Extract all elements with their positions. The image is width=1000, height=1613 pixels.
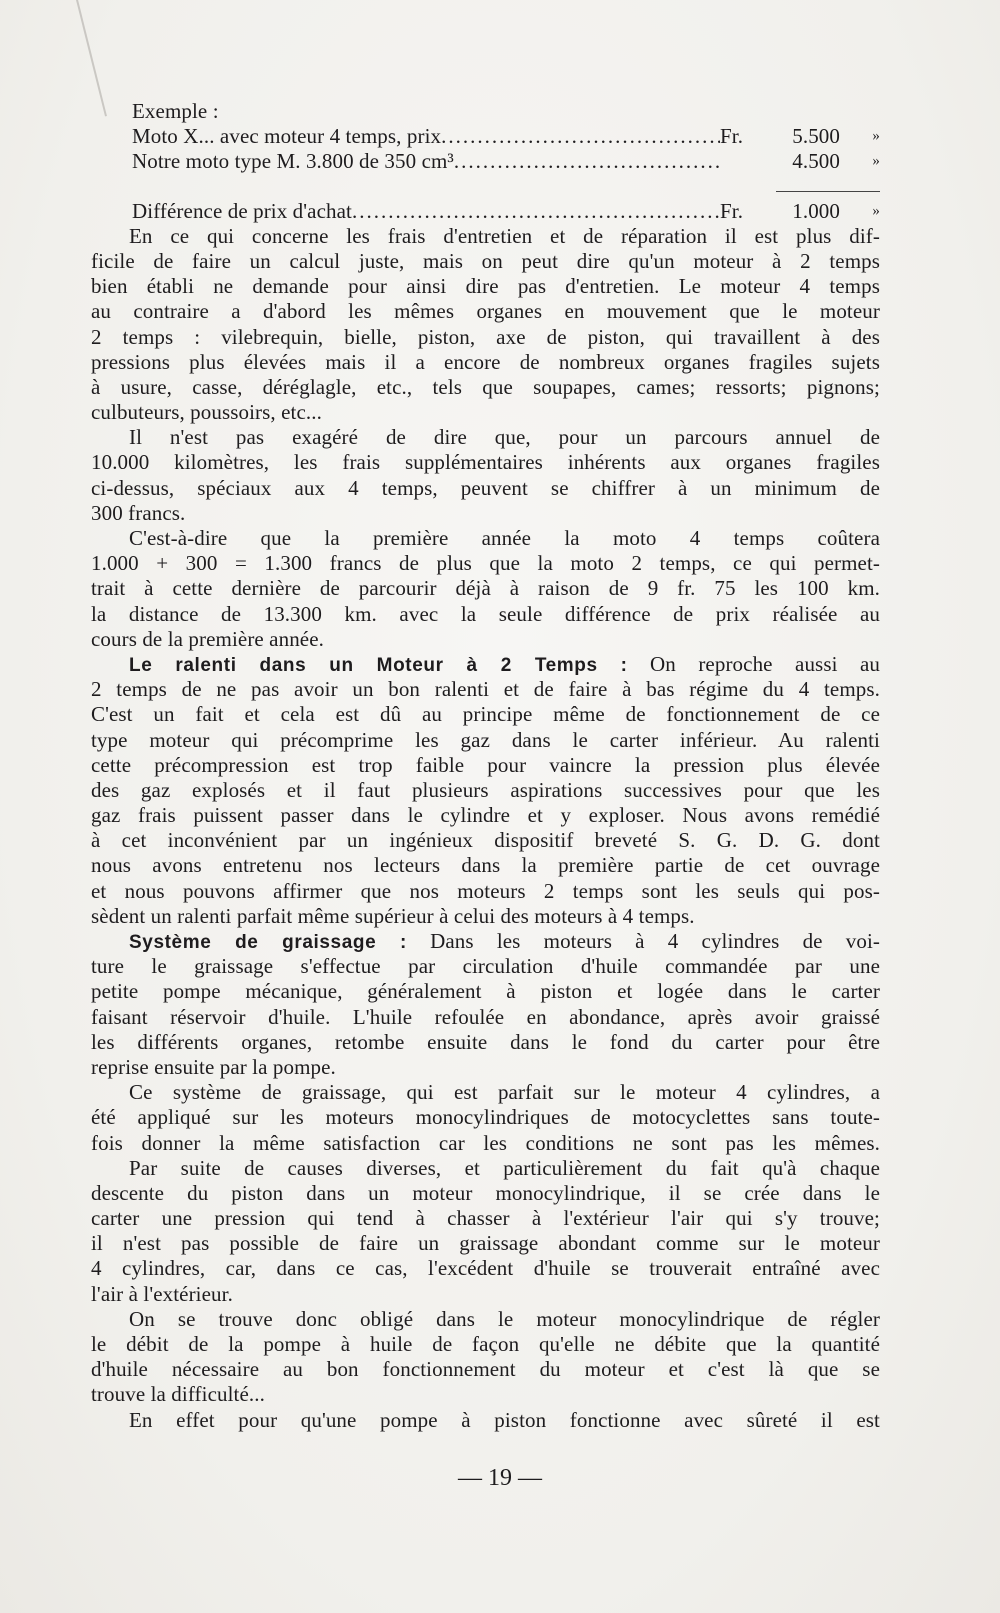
total-currency: Fr.	[720, 199, 770, 224]
text-line: ture le graissage s'effectue par circula…	[91, 954, 880, 979]
text-line: descente du piston dans un moteur monocy…	[91, 1181, 880, 1206]
leader-dots: ........................................…	[454, 149, 720, 174]
example-label: Exemple :	[132, 99, 880, 124]
text-line: Par suite de causes diverses, et particu…	[91, 1156, 880, 1181]
row-currency: Fr.	[720, 124, 770, 149]
row-amount: 4.500	[770, 149, 840, 174]
text-line: les différents organes, retombe ensuite …	[91, 1030, 880, 1055]
text-run: Dans les moteurs à 4 cylindres de voi-	[430, 929, 880, 953]
text-line: C'est-à-dire que la première année la mo…	[91, 526, 880, 551]
text-line: pressions plus élevées mais il a encore …	[91, 350, 880, 375]
text-line: le débit de la pompe à huile de façon qu…	[91, 1332, 880, 1357]
text-run: On reproche aussi au	[650, 652, 880, 676]
text-line: carter une pression qui tend à chasser à…	[91, 1206, 880, 1231]
paragraph-single-cylinder: Ce système de graissage, qui est parfait…	[91, 1080, 880, 1156]
text-line: 2 temps : vilebrequin, bielle, piston, a…	[91, 325, 880, 350]
ditto-mark: »	[840, 124, 880, 149]
text-line: 10.000 kilomètres, les frais supplémenta…	[91, 450, 880, 475]
price-row: Notre moto type M. 3.800 de 350 cm³ ....…	[132, 149, 880, 174]
text-line: C'est un fait et cela est dû au principe…	[91, 702, 880, 727]
text-line: sèdent un ralenti parfait même supérieur…	[91, 904, 880, 929]
total-label: Différence de prix d'achat	[132, 199, 352, 224]
total-amount: 1.000	[770, 199, 840, 224]
text-line: cours de la première année.	[91, 627, 880, 652]
text-line: et nous pouvons affirmer que nos moteurs…	[91, 879, 880, 904]
text-line: Système de graissage : Dans les moteurs …	[91, 929, 880, 954]
paragraph-annual-costs: Il n'est pas exagéré de dire que, pour u…	[91, 425, 880, 526]
text-line: à cet inconvénient par un ingénieux disp…	[91, 828, 880, 853]
text-line: cette précompression est trop faible pou…	[91, 753, 880, 778]
price-row: Moto X... avec moteur 4 temps, prix ....…	[132, 124, 880, 149]
text-line: trouve la difficulté...	[91, 1382, 880, 1407]
row-label: Moto X... avec moteur 4 temps, prix	[132, 124, 441, 149]
text-line: ficile de faire un calcul juste, mais on…	[91, 249, 880, 274]
text-line: bien établi ne demande pour ainsi dire p…	[91, 274, 880, 299]
text-line: Ce système de graissage, qui est parfait…	[91, 1080, 880, 1105]
paragraph-oil-pump: On se trouve donc obligé dans le moteur …	[91, 1307, 880, 1408]
price-total-row: Différence de prix d'achat .............…	[132, 199, 880, 224]
text-line: au contraire a d'abord les mêmes organes…	[91, 299, 880, 324]
ditto-mark: »	[840, 149, 880, 174]
text-line: gaz frais puissent passer dans le cylind…	[91, 803, 880, 828]
row-amount: 5.500	[770, 124, 840, 149]
text-column: Exemple : Moto X... avec moteur 4 temps,…	[91, 99, 880, 1433]
leader-dots: ........................................…	[352, 199, 720, 224]
text-line: fois donner la même satisfaction car les…	[91, 1131, 880, 1156]
section-idle: Le ralenti dans un Moteur à 2 Temps : On…	[91, 652, 880, 929]
row-currency	[720, 149, 770, 174]
page-number: — 19 —	[0, 1465, 1000, 1492]
leader-dots: ........................................…	[441, 124, 720, 149]
text-line: faisant réservoir d'huile. L'huile refou…	[91, 1005, 880, 1030]
text-line: En effet pour qu'une pompe à piston fonc…	[91, 1408, 880, 1433]
text-line: nous avons entretenu nos lecteurs dans l…	[91, 853, 880, 878]
section-lubrication: Système de graissage : Dans les moteurs …	[91, 929, 880, 1080]
text-line: à usure, casse, déréglagle, etc., tels q…	[91, 375, 880, 400]
text-line: ci-dessus, spéciaux aux 4 temps, peuvent…	[91, 476, 880, 501]
text-line: Il n'est pas exagéré de dire que, pour u…	[91, 425, 880, 450]
text-line: des gaz explosés et il faut plusieurs as…	[91, 778, 880, 803]
text-line: On se trouve donc obligé dans le moteur …	[91, 1307, 880, 1332]
text-line: l'air à l'extérieur.	[91, 1282, 880, 1307]
text-line: culbuteurs, poussoirs, etc...	[91, 400, 880, 425]
text-line: été appliqué sur les moteurs monocylindr…	[91, 1105, 880, 1130]
text-line: Le ralenti dans un Moteur à 2 Temps : On…	[91, 652, 880, 677]
text-line: 1.000 + 300 = 1.300 francs de plus que l…	[91, 551, 880, 576]
section-heading-idle: Le ralenti dans un Moteur à 2 Temps :	[129, 655, 628, 676]
text-line: il n'est pas possible de faire un graiss…	[91, 1231, 880, 1256]
text-line: 300 francs.	[91, 501, 880, 526]
text-line: d'huile nécessaire au bon fonctionnement…	[91, 1357, 880, 1382]
text-line: 4 cylindres, car, dans ce cas, l'excéden…	[91, 1256, 880, 1281]
text-line: En ce qui concerne les frais d'entretien…	[91, 224, 880, 249]
text-line: 2 temps de ne pas avoir un bon ralenti e…	[91, 677, 880, 702]
section-heading-lubrication: Système de graissage :	[129, 932, 407, 953]
price-example: Exemple : Moto X... avec moteur 4 temps,…	[132, 99, 880, 224]
row-label: Notre moto type M. 3.800 de 350 cm³	[132, 149, 454, 174]
text-line: reprise ensuite par la pompe.	[91, 1055, 880, 1080]
sum-rule	[132, 175, 880, 199]
paragraph-piston-pump: En effet pour qu'une pompe à piston fonc…	[91, 1408, 880, 1433]
text-line: trait à cette dernière de parcourir déjà…	[91, 576, 880, 601]
paragraph-first-year: C'est-à-dire que la première année la mo…	[91, 526, 880, 652]
text-line: type moteur qui précomprime les gaz dans…	[91, 728, 880, 753]
text-line: petite pompe mécanique, généralement à p…	[91, 979, 880, 1004]
text-line: la distance de 13.300 km. avec la seule …	[91, 602, 880, 627]
ditto-mark: »	[840, 199, 880, 224]
paragraph-crankcase-pressure: Par suite de causes diverses, et particu…	[91, 1156, 880, 1307]
paragraph-maintenance: En ce qui concerne les frais d'entretien…	[91, 224, 880, 426]
